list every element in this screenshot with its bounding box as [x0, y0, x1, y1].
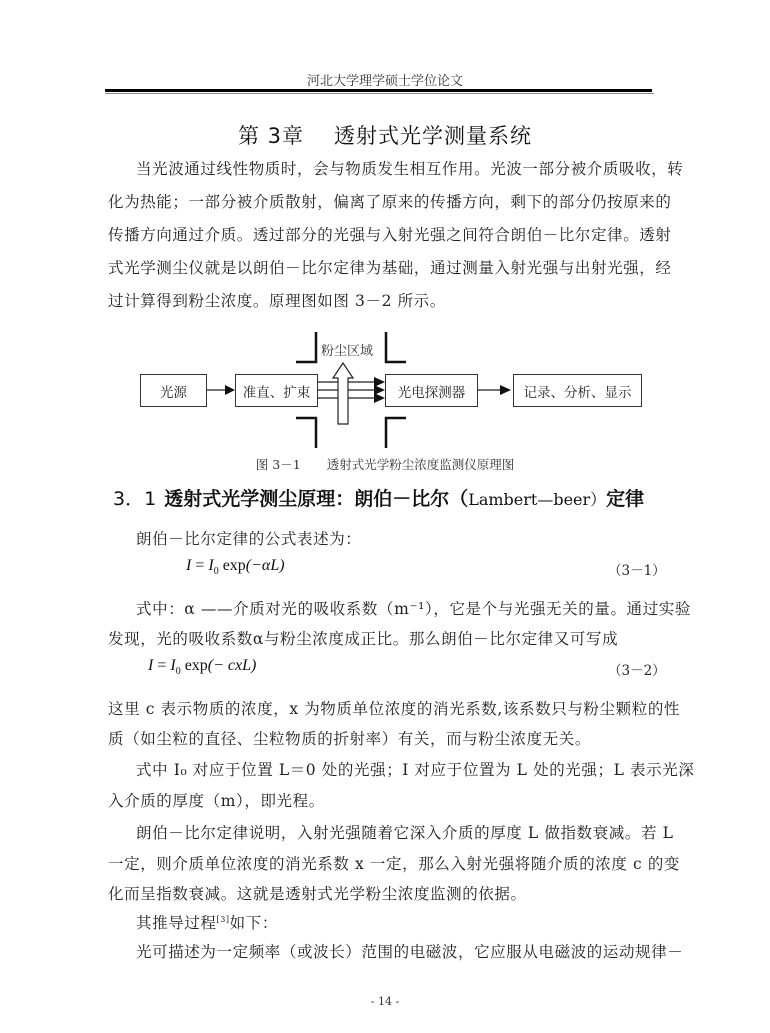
dust-region-label: 粉尘区域: [321, 340, 373, 359]
text-line: 发现，光的吸收系数α与粉尘浓度成正比。那么朗伯－比尔定律又可写成: [108, 627, 618, 649]
section-heading: 3．1透射式光学测尘原理：朗伯－比尔（Lambert—beer）定律: [113, 484, 644, 511]
text-line: 其推导过程[3]如下：: [136, 911, 278, 933]
section-title-latin: Lambert—beer）: [468, 490, 606, 509]
formula-intro: 朗伯－比尔定律的公式表述为：: [136, 527, 361, 549]
equation-3-1: I = I0 exp(−αL): [186, 557, 285, 577]
caption-number: 图 3－1: [256, 457, 301, 472]
box-record-analyze-display: 记录、分析、显示: [513, 374, 642, 407]
figure-caption: 图 3－1透射式光学粉尘浓度监测仪原理图: [0, 455, 770, 473]
box-photodetector: 光电探测器: [385, 374, 478, 407]
citation-ref: [3]: [217, 915, 230, 924]
text-line: 式中：α ——介质对光的吸收系数（m⁻¹），它是个与光强无关的量。通过实验: [136, 597, 691, 619]
text-line: 一定，则介质单位浓度的消光系数 x 一定，那么入射光强将随介质的浓度 c 的变: [108, 852, 680, 874]
equation-number-3-2: （3－2）: [608, 659, 666, 679]
box-collimate-expand: 准直、扩束: [235, 374, 318, 407]
text-line: 式中 I₀ 对应于位置 L＝0 处的光强；I 对应于位置为 L 处的光强；L 表…: [136, 758, 694, 780]
section-title-end: 定律: [606, 488, 644, 510]
box-light-source: 光源: [140, 374, 207, 407]
section-number: 3．1: [113, 488, 156, 510]
equation-number-3-1: （3－1）: [608, 559, 666, 579]
caption-text: 透射式光学粉尘浓度监测仪原理图: [327, 457, 515, 472]
text-line: 化而呈指数衰减。这就是透射式光学粉尘浓度监测的依据。: [108, 882, 527, 904]
text-line: 朗伯－比尔定律说明，入射光强随着它深入介质的厚度 L 做指数衰减。若 L: [136, 821, 673, 843]
text-line: 质（如尘粒的直径、尘粒物质的折射率）有关，而与粉尘浓度无关。: [108, 727, 591, 749]
equation-3-2: I = I0 exp(− cxL): [148, 657, 256, 677]
text-line: 光可描述为一定频率（或波长）范围的电磁波，它应服从电磁波的运动规律－: [136, 940, 683, 962]
text-line: 入介质的厚度（m），即光程。: [108, 789, 325, 811]
page-number: - 14 -: [0, 995, 770, 1008]
section-title: 透射式光学测尘原理：朗伯－比尔（: [164, 488, 468, 510]
text-line: 这里 c 表示物质的浓度，x 为物质单位浓度的消光系数,该系数只与粉尘颗粒的性: [108, 697, 680, 719]
